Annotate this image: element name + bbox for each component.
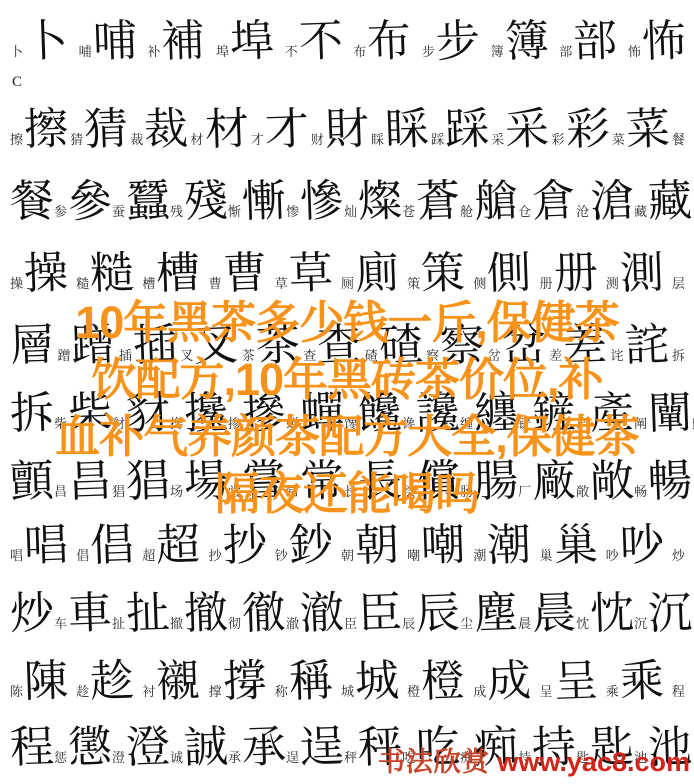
char-pair: 忱忱 xyxy=(576,592,634,636)
cursive-glyph: 稱 xyxy=(288,659,334,705)
char-pair: 沉沉 xyxy=(634,592,692,636)
cursive-glyph: 草 xyxy=(288,251,334,297)
cursive-glyph: 成 xyxy=(487,659,533,705)
cursive-glyph: 撐 xyxy=(222,659,268,705)
char-label: 承 xyxy=(228,747,241,766)
char-label: 部 xyxy=(559,41,572,60)
char-pair: 层 xyxy=(672,257,686,292)
char-label: 舱 xyxy=(460,201,473,220)
cursive-glyph: 廁 xyxy=(354,251,400,297)
cursive-glyph: 乘 xyxy=(619,659,665,705)
char-pair: 哺哺 xyxy=(79,20,137,64)
char-pair: 曹曹 xyxy=(209,252,267,296)
char-label: 倡 xyxy=(76,545,89,564)
char-pair: 承承 xyxy=(228,726,286,770)
char-pair: 陈陳 xyxy=(10,660,68,704)
char-pair: 部部 xyxy=(559,20,617,64)
char-label: 裁 xyxy=(130,129,143,148)
cursive-glyph: 部 xyxy=(573,19,619,65)
char-pair: 臣臣 xyxy=(344,592,402,636)
cursive-glyph: 澈 xyxy=(299,591,345,637)
char-pair: 成成 xyxy=(473,660,531,704)
char-pair: 厕廁 xyxy=(341,252,399,296)
char-label: 超 xyxy=(142,545,155,564)
section-heading-c: C xyxy=(12,74,22,91)
cursive-glyph: 測 xyxy=(619,251,665,297)
cursive-glyph: 忱 xyxy=(589,591,635,637)
char-pair: 裁裁 xyxy=(130,108,188,152)
char-label: 厕 xyxy=(341,273,354,292)
char-pair: 程 xyxy=(10,726,54,770)
cursive-glyph: 步 xyxy=(435,19,481,65)
char-label: 炒 xyxy=(672,545,685,564)
char-pair: 惩懲 xyxy=(54,726,112,770)
cursive-glyph: 蒼 xyxy=(415,179,461,225)
char-pair: 槽槽 xyxy=(142,252,200,296)
char-pair: 尘塵 xyxy=(460,592,518,636)
cursive-glyph: 懲 xyxy=(67,725,113,771)
char-label: 彩 xyxy=(552,129,565,148)
cursive-glyph: 餐 xyxy=(9,179,55,225)
char-pair: 擦擦 xyxy=(10,108,68,152)
char-pair: 撤撤 xyxy=(170,592,228,636)
char-pair: 逞逞 xyxy=(286,726,344,770)
cursive-glyph: 才 xyxy=(264,107,310,153)
char-label: 沧 xyxy=(576,201,589,220)
cursive-glyph: 裁 xyxy=(144,107,190,153)
cursive-glyph: 沉 xyxy=(647,591,693,637)
character-row: 唱唱倡倡超超抄抄钞鈔朝朝嘲嘲潮潮巢巢吵吵炒 xyxy=(0,514,694,578)
character-row: 擦擦猜猜裁裁材材才才财財睬睬踩踩采采彩彩菜菜餐 xyxy=(0,98,694,162)
cursive-glyph: 藏 xyxy=(647,179,693,225)
cursive-glyph: 慚 xyxy=(241,179,287,225)
char-pair: 册册 xyxy=(540,252,598,296)
cursive-glyph: 唱 xyxy=(23,523,69,569)
char-pair: 簿簿 xyxy=(491,20,549,64)
char-label: 曹 xyxy=(209,273,222,292)
char-pair: 惨慘 xyxy=(286,180,344,224)
char-label: 澈 xyxy=(286,613,299,632)
cursive-glyph: 承 xyxy=(241,725,287,771)
char-pair: 残殘 xyxy=(170,180,228,224)
char-pair: 澈澈 xyxy=(286,592,344,636)
cursive-glyph: 糙 xyxy=(89,251,135,297)
char-label: 布 xyxy=(353,41,366,60)
char-pair: 猜猜 xyxy=(70,108,128,152)
cursive-glyph: 猜 xyxy=(83,107,129,153)
cursive-glyph: 晨 xyxy=(531,591,577,637)
cursive-glyph: 殘 xyxy=(183,179,229,225)
char-label: 测 xyxy=(606,273,619,292)
char-label: 册 xyxy=(540,273,553,292)
char-label: 臣 xyxy=(344,613,357,632)
overlay-title: 10年黑茶多少钱一斤,保健茶饮配方,10年黑砖茶价位,补血补气养颜茶配方大全,保… xyxy=(0,294,694,522)
char-label: 诚 xyxy=(170,747,183,766)
char-pair: 踩踩 xyxy=(431,108,489,152)
char-label: 槽 xyxy=(142,273,155,292)
cursive-glyph: 倉 xyxy=(531,179,577,225)
char-label: 嘲 xyxy=(407,545,420,564)
char-label: 逞 xyxy=(286,747,299,766)
char-label: 簿 xyxy=(491,41,504,60)
char-label: 怖 xyxy=(628,41,641,60)
cursive-glyph: 怖 xyxy=(641,19,687,65)
char-pair: 唱唱 xyxy=(10,524,68,568)
char-label: 惩 xyxy=(54,747,67,766)
char-label: 策 xyxy=(407,273,420,292)
char-label: 埠 xyxy=(216,41,229,60)
cursive-glyph: 卜 xyxy=(23,19,69,65)
cursive-glyph: 倡 xyxy=(89,523,135,569)
char-pair: 糙糙 xyxy=(76,252,134,296)
cursive-glyph: 嘲 xyxy=(420,523,466,569)
char-label: 餐 xyxy=(672,129,685,148)
char-label: 灿 xyxy=(344,201,357,220)
char-label: 惭 xyxy=(228,201,241,220)
cursive-glyph: 補 xyxy=(161,19,207,65)
char-label: 卜 xyxy=(10,41,23,60)
char-label: 步 xyxy=(422,41,435,60)
char-label: 睬 xyxy=(371,129,384,148)
char-pair: 餐 xyxy=(10,180,54,224)
overlay-title-line: 血补气养颜茶配方大全,保健茶 xyxy=(0,408,694,465)
cursive-glyph: 陳 xyxy=(23,659,69,705)
char-pair: 藏藏 xyxy=(634,180,692,224)
char-label: 钞 xyxy=(275,545,288,564)
char-pair: 撑撐 xyxy=(209,660,267,704)
cursive-glyph: 潮 xyxy=(487,523,533,569)
calligraphy-chart-page: C 卜卜哺哺补補埠埠不不布布步步簿簿部部怖怖擦擦猜猜裁裁材材才才财財睬睬踩踩采采… xyxy=(0,0,694,784)
cursive-glyph: 逞 xyxy=(299,725,345,771)
char-pair: 彻徹 xyxy=(228,592,286,636)
char-pair: 灿燦 xyxy=(344,180,402,224)
char-pair: 嘲嘲 xyxy=(407,524,465,568)
char-label: 车 xyxy=(54,613,67,632)
char-label: 成 xyxy=(473,681,486,700)
char-pair: 步步 xyxy=(422,20,480,64)
char-label: 乘 xyxy=(606,681,619,700)
cursive-glyph: 簿 xyxy=(504,19,550,65)
char-label: 称 xyxy=(275,681,288,700)
cursive-glyph: 澄 xyxy=(125,725,171,771)
cursive-glyph: 程 xyxy=(9,725,55,771)
cursive-glyph: 朝 xyxy=(354,523,400,569)
character-row: 餐参參蚕蠶残殘惭慚惨慘灿燦苍蒼舱艙仓倉沧滄藏藏 xyxy=(0,170,694,234)
cursive-glyph: 曹 xyxy=(222,251,268,297)
char-pair: 补補 xyxy=(147,20,205,64)
cursive-glyph: 不 xyxy=(298,19,344,65)
cursive-glyph: 超 xyxy=(156,523,202,569)
overlay-title-line: 10年黑茶多少钱一斤,保健茶 xyxy=(0,294,694,351)
cursive-glyph: 車 xyxy=(67,591,113,637)
char-pair: 呈呈 xyxy=(540,660,598,704)
cursive-glyph: 材 xyxy=(204,107,250,153)
char-label: 才 xyxy=(251,129,264,148)
char-label: 尘 xyxy=(460,613,473,632)
cursive-glyph: 炒 xyxy=(9,591,55,637)
char-label: 橙 xyxy=(407,681,420,700)
cursive-glyph: 臣 xyxy=(357,591,403,637)
character-row: 炒车車扯扯撤撤彻徹澈澈臣臣辰辰尘塵晨晨忱忱沉沉 xyxy=(0,582,694,646)
char-label: 层 xyxy=(672,273,685,292)
char-pair: 辰辰 xyxy=(402,592,460,636)
cursive-glyph: 趁 xyxy=(89,659,135,705)
cursive-glyph: 橙 xyxy=(420,659,466,705)
char-pair: 草草 xyxy=(275,252,333,296)
char-label: 沉 xyxy=(634,613,647,632)
char-pair: 巢巢 xyxy=(540,524,598,568)
char-pair: 才才 xyxy=(251,108,309,152)
char-label: 采 xyxy=(491,129,504,148)
cursive-glyph: 册 xyxy=(553,251,599,297)
char-label: 辰 xyxy=(402,613,415,632)
char-pair: 餐 xyxy=(672,113,686,148)
cursive-glyph: 哺 xyxy=(92,19,138,65)
char-label: 晨 xyxy=(518,613,531,632)
char-pair: 参參 xyxy=(54,180,112,224)
char-label: 扯 xyxy=(112,613,125,632)
cursive-glyph: 菜 xyxy=(625,107,671,153)
cursive-glyph: 呈 xyxy=(553,659,599,705)
watermark-site-name: 书法欣赏 xyxy=(378,747,490,777)
char-pair: 蚕蠶 xyxy=(112,180,170,224)
char-label: 参 xyxy=(54,201,67,220)
overlay-title-line: 饮配方,10年黑砖茶价位,补 xyxy=(0,351,694,408)
cursive-glyph: 布 xyxy=(367,19,413,65)
cursive-glyph: 徹 xyxy=(241,591,287,637)
char-pair: 超超 xyxy=(142,524,200,568)
char-pair: 澄澄 xyxy=(112,726,170,770)
cursive-glyph: 艙 xyxy=(473,179,519,225)
char-label: 趁 xyxy=(76,681,89,700)
cursive-glyph: 鈔 xyxy=(288,523,334,569)
cursive-glyph: 彩 xyxy=(565,107,611,153)
char-label: 残 xyxy=(170,201,183,220)
char-label: 糙 xyxy=(76,273,89,292)
char-pair: 朝朝 xyxy=(341,524,399,568)
char-label: 彻 xyxy=(228,613,241,632)
char-pair: 舱艙 xyxy=(460,180,518,224)
char-pair: 乘乘 xyxy=(606,660,664,704)
char-pair: 橙橙 xyxy=(407,660,465,704)
char-pair: 操操 xyxy=(10,252,68,296)
cursive-glyph: 蠶 xyxy=(125,179,171,225)
cursive-glyph: 睬 xyxy=(384,107,430,153)
char-label: 唱 xyxy=(10,545,23,564)
cursive-glyph: 參 xyxy=(67,179,113,225)
cursive-glyph: 燦 xyxy=(357,179,403,225)
cursive-glyph: 塵 xyxy=(473,591,519,637)
char-label: 呈 xyxy=(540,681,553,700)
cursive-glyph: 滄 xyxy=(589,179,635,225)
char-pair: 衬襯 xyxy=(142,660,200,704)
character-row: 陈陳趁趁衬襯撑撐称稱城城橙橙成成呈呈乘乘程 xyxy=(0,650,694,714)
cursive-glyph: 操 xyxy=(23,251,69,297)
cursive-glyph: 踩 xyxy=(444,107,490,153)
char-pair: 财財 xyxy=(311,108,369,152)
char-label: 侧 xyxy=(473,273,486,292)
char-label: 操 xyxy=(10,273,23,292)
char-label: 程 xyxy=(672,681,685,700)
char-pair: 扯扯 xyxy=(112,592,170,636)
char-pair: 惭慚 xyxy=(228,180,286,224)
cursive-glyph: 擦 xyxy=(23,107,69,153)
char-pair: 菜菜 xyxy=(612,108,670,152)
char-label: 忱 xyxy=(576,613,589,632)
char-pair: 策策 xyxy=(407,252,465,296)
char-pair: 诚誠 xyxy=(170,726,228,770)
char-label: 吵 xyxy=(606,545,619,564)
char-pair: 采采 xyxy=(491,108,549,152)
cursive-glyph: 巢 xyxy=(553,523,599,569)
char-label: 秤 xyxy=(344,747,357,766)
char-label: 不 xyxy=(285,41,298,60)
char-pair: 怖怖 xyxy=(628,20,686,64)
char-pair: 沧滄 xyxy=(576,180,634,224)
cursive-glyph: 辰 xyxy=(415,591,461,637)
char-pair: 卜卜 xyxy=(10,20,68,64)
char-label: 踩 xyxy=(431,129,444,148)
char-label: 朝 xyxy=(341,545,354,564)
char-pair: 车車 xyxy=(54,592,112,636)
char-pair: 称稱 xyxy=(275,660,333,704)
char-label: 擦 xyxy=(10,129,23,148)
char-pair: 钞鈔 xyxy=(275,524,333,568)
char-label: 猜 xyxy=(70,129,83,148)
char-label: 财 xyxy=(311,129,324,148)
char-label: 撑 xyxy=(209,681,222,700)
cursive-glyph: 抄 xyxy=(222,523,268,569)
char-pair: 仓倉 xyxy=(518,180,576,224)
cursive-glyph: 撤 xyxy=(183,591,229,637)
char-label: 抄 xyxy=(209,545,222,564)
overlay-title-line: 隔夜还能喝吗 xyxy=(0,465,694,522)
char-label: 陈 xyxy=(10,681,23,700)
char-pair: 测測 xyxy=(606,252,664,296)
char-pair: 埠埠 xyxy=(216,20,274,64)
character-row: 卜卜哺哺补補埠埠不不布布步步簿簿部部怖怖 xyxy=(0,10,694,74)
char-pair: 抄抄 xyxy=(209,524,267,568)
char-pair: 倡倡 xyxy=(76,524,134,568)
cursive-glyph: 采 xyxy=(505,107,551,153)
char-label: 惨 xyxy=(286,201,299,220)
cursive-glyph: 慘 xyxy=(299,179,345,225)
char-label: 巢 xyxy=(540,545,553,564)
char-label: 藏 xyxy=(634,201,647,220)
char-label: 蚕 xyxy=(112,201,125,220)
cursive-glyph: 槽 xyxy=(156,251,202,297)
cursive-glyph: 策 xyxy=(420,251,466,297)
char-pair: 睬睬 xyxy=(371,108,429,152)
char-pair: 彩彩 xyxy=(552,108,610,152)
char-label: 潮 xyxy=(473,545,486,564)
cursive-glyph: 扯 xyxy=(125,591,171,637)
char-label: 苍 xyxy=(402,201,415,220)
char-label: 菜 xyxy=(612,129,625,148)
char-label: 城 xyxy=(341,681,354,700)
char-label: 哺 xyxy=(79,41,92,60)
char-label: 仓 xyxy=(518,201,531,220)
char-pair: 晨晨 xyxy=(518,592,576,636)
char-pair: 吵吵 xyxy=(606,524,664,568)
char-pair: 不不 xyxy=(285,20,343,64)
cursive-glyph: 埠 xyxy=(229,19,275,65)
char-pair: 城城 xyxy=(341,660,399,704)
char-pair: 炒 xyxy=(10,592,54,636)
char-pair: 炒 xyxy=(672,529,686,564)
char-label: 澄 xyxy=(112,747,125,766)
cursive-glyph: 襯 xyxy=(156,659,202,705)
char-pair: 侧側 xyxy=(473,252,531,296)
cursive-glyph: 財 xyxy=(324,107,370,153)
cursive-glyph: 誠 xyxy=(183,725,229,771)
cursive-glyph: 城 xyxy=(354,659,400,705)
char-label: 材 xyxy=(191,129,204,148)
watermark: 书法欣赏 www.yac8.com xyxy=(378,740,690,779)
char-label: 撤 xyxy=(170,613,183,632)
char-pair: 布布 xyxy=(353,20,411,64)
char-label: 草 xyxy=(275,273,288,292)
cursive-glyph: 側 xyxy=(487,251,533,297)
char-label: 衬 xyxy=(142,681,155,700)
watermark-url: www.yac8.com xyxy=(497,747,690,777)
char-pair: 趁趁 xyxy=(76,660,134,704)
char-pair: 程 xyxy=(672,665,686,700)
char-pair: 苍蒼 xyxy=(402,180,460,224)
char-pair: 潮潮 xyxy=(473,524,531,568)
cursive-glyph: 吵 xyxy=(619,523,665,569)
char-label: 补 xyxy=(147,41,160,60)
char-pair: 材材 xyxy=(191,108,249,152)
